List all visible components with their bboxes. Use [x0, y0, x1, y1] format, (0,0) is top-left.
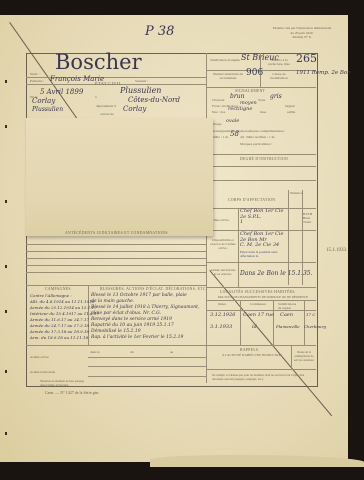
column-divider — [238, 208, 239, 288]
model-line: Modèle N° 6. — [272, 35, 332, 40]
binding-hole — [5, 80, 7, 83]
localite-code: Cherbourg — [304, 324, 326, 329]
rule — [206, 287, 316, 288]
rule — [206, 180, 316, 181]
binding-hole — [5, 125, 7, 128]
footnote: Ne remplir ce tableau que pour les homme… — [212, 373, 312, 381]
visage-value: ovale — [226, 118, 239, 124]
rule — [26, 265, 206, 266]
numero-liste-label: Numéro à la préfecture, liste — [264, 58, 294, 66]
surname: Boscher — [55, 50, 142, 74]
prenoms-label: Prénoms : — [30, 79, 44, 83]
classe-value: 1911 Remp. 2e Bon — [296, 70, 351, 76]
position-stamp: Placé dans la position sans affectation … — [240, 250, 288, 258]
surnom-label: Surnom : — [135, 79, 148, 83]
taille-rectifiee-label: cm. Taille rectifiée : 1 m. — [240, 135, 275, 139]
blank-paper-slip — [26, 118, 213, 236]
blessures-title: BLESSURES, ACTIONS D'ÉCLAT, DÉCORATIONS,… — [100, 287, 207, 291]
col-dates: Dates — [218, 302, 226, 306]
largeur-label: largeur — [285, 104, 295, 108]
entry: 1 — [240, 220, 283, 226]
entry: C. M. 2e Cie 34 — [240, 243, 283, 249]
marques-title: Marques particulières : — [240, 142, 272, 146]
yeux-label: Yeux — [258, 98, 265, 102]
armee-territoriale-value: Dans 2e Bon le 15.1.35. — [240, 270, 313, 277]
nez-label: Nez : dos — [212, 110, 225, 114]
armee-active-entries: Chef Bon 1er Cie 2e S.P.L. 1 — [240, 209, 283, 226]
localite-commune: Caen 17 rue — [243, 312, 274, 318]
marques-label: Renseignements physionomiques complément… — [212, 129, 285, 133]
rule — [26, 285, 206, 286]
campagnes-title: CAMPAGNES — [45, 287, 71, 291]
cheveux-value: brun — [230, 93, 244, 100]
campagne-entry: Arm. du 18.9.18 au 11.11.18 — [30, 335, 99, 341]
localite-subdivision: Caen — [280, 312, 293, 318]
periodes-bottom-label: Situation au moment de leur passage dans… — [40, 379, 85, 387]
rappels-title: RAPPELS — [240, 348, 258, 352]
binding-hole — [5, 432, 7, 435]
saillie-label: saillie — [287, 110, 295, 114]
numeros-label: Numéros — [290, 191, 303, 195]
rule — [206, 166, 316, 167]
rappels-side: Durée de la réintégration de service ant… — [294, 350, 314, 362]
rule — [26, 258, 206, 259]
localite-date: 3.12.1926 — [210, 312, 235, 318]
cheveux-label: Cheveux — [212, 98, 224, 102]
col-subdivisions: Subdivisions de région — [278, 302, 298, 310]
classe-label: Classe de mobilisation — [264, 72, 294, 80]
periode-armee-active: Armée active — [30, 355, 49, 359]
du-label: du — [130, 350, 134, 354]
subdivision-label: Subdivision d'origine — [210, 58, 240, 62]
affectation-title: CORPS D'AFFECTATION — [228, 198, 275, 202]
binding-hole — [5, 370, 7, 373]
taille-value: 58 — [230, 130, 239, 138]
page-curl — [150, 455, 364, 467]
folio-number: P 38 — [145, 24, 174, 39]
model-reference: Modèle créé par l'instruction ministérie… — [272, 26, 332, 40]
instruction-title: DEGRÉ D'INSTRUCTION — [240, 157, 288, 161]
nez-value: rectiligne — [228, 106, 252, 112]
departement-value: Côtes-du-Nord — [128, 96, 180, 104]
taille-label: Taille : 1 m. — [212, 135, 229, 139]
rule — [206, 154, 316, 155]
rule — [88, 366, 206, 367]
rule — [206, 87, 316, 88]
birth-place: Plussulien — [120, 86, 161, 95]
etat-civil-title: ÉTAT CIVIL — [95, 81, 122, 86]
disponibilite-label: Disponibilité et réserve de l'armée acti… — [209, 238, 237, 250]
antecedents-title: ANTÉCÉDENTS JUDICIAIRES ET CONDAMNATIONS — [65, 231, 168, 235]
armee-territoriale-label: Armée territoriale et sa réserve. — [209, 268, 237, 276]
numero-matricule-label: Numéro matricule du recrutement — [209, 72, 247, 80]
localites-subtitle: PAR SUITE DE CHANGEMENTS DE DOMICILE OU … — [218, 295, 308, 299]
code: Tourn — [303, 220, 312, 224]
dans-label: dans le — [90, 350, 100, 354]
margin-note: 15.1.1933. — [326, 248, 347, 253]
rule — [26, 272, 206, 273]
rule — [206, 310, 316, 311]
rule — [206, 345, 316, 346]
model-line: Modèle créé par l'instruction ministérie… — [272, 26, 332, 31]
localite-date: 3.1.1933 — [210, 324, 232, 330]
blessures-list: Blessé le 13 Octobre 1917 par balle, pla… — [91, 293, 199, 341]
blessure-entry: Rap. à l'activité le 1er Fevrier le 15.2… — [91, 335, 199, 341]
au-label: au — [170, 350, 173, 354]
side-codes: B.H.H Brest Tourn — [303, 212, 312, 224]
col-communes: Communes — [250, 302, 266, 306]
base-label: base — [260, 110, 266, 114]
localite-code: 17 C — [306, 312, 315, 317]
rule — [88, 376, 206, 377]
canton-label: canton de — [100, 112, 114, 116]
yeux-value: gris — [270, 93, 282, 100]
rule — [26, 345, 206, 346]
binding-hole — [5, 200, 7, 203]
column-divider — [273, 300, 274, 345]
campagnes-list: Contre l'Allemagne : Allt. du 4.8.1914 a… — [30, 293, 99, 341]
rule — [26, 251, 206, 252]
departement-label: département d — [96, 104, 116, 108]
localite-subdivision: Flamanville — [276, 324, 300, 329]
birth-date: 5 Avril 1899 — [40, 88, 83, 96]
disponibilite-entries: Chef Bon 1er Cie 2e Bon Mr C. M. 2e Cie … — [240, 232, 283, 249]
numero-matricule-value: 906 — [246, 68, 263, 78]
rule — [206, 369, 316, 370]
column-divider — [240, 300, 241, 345]
canton-value: Corlay — [123, 105, 146, 113]
binding-hole — [5, 310, 7, 313]
residence-extra: Plussulien — [32, 106, 63, 113]
localite-commune: id — [252, 324, 257, 330]
residence: Corlay — [32, 97, 55, 105]
column-divider — [304, 300, 305, 345]
rule — [206, 262, 316, 263]
rule — [88, 357, 206, 358]
imprint: Caen. — N° 1427 de la Série gén. — [45, 390, 99, 395]
binding-hole — [5, 265, 7, 268]
numero-liste-value: 265 — [296, 52, 317, 65]
periode-armee-territoriale: Armée territoriale — [30, 370, 55, 374]
rappels-subtitle: À L'ACTIVITÉ D'APRÈS UNE INSTRUCTION — [222, 353, 282, 357]
localites-title: LOCALITÉS SUCCESSIVES HABITÉES — [220, 290, 295, 294]
rule — [26, 244, 206, 245]
a-label: à — [95, 95, 97, 99]
column-divider — [291, 345, 292, 369]
rule — [206, 300, 316, 301]
visage-label: Visage — [212, 122, 222, 126]
nom-label: Nom : — [30, 72, 39, 76]
